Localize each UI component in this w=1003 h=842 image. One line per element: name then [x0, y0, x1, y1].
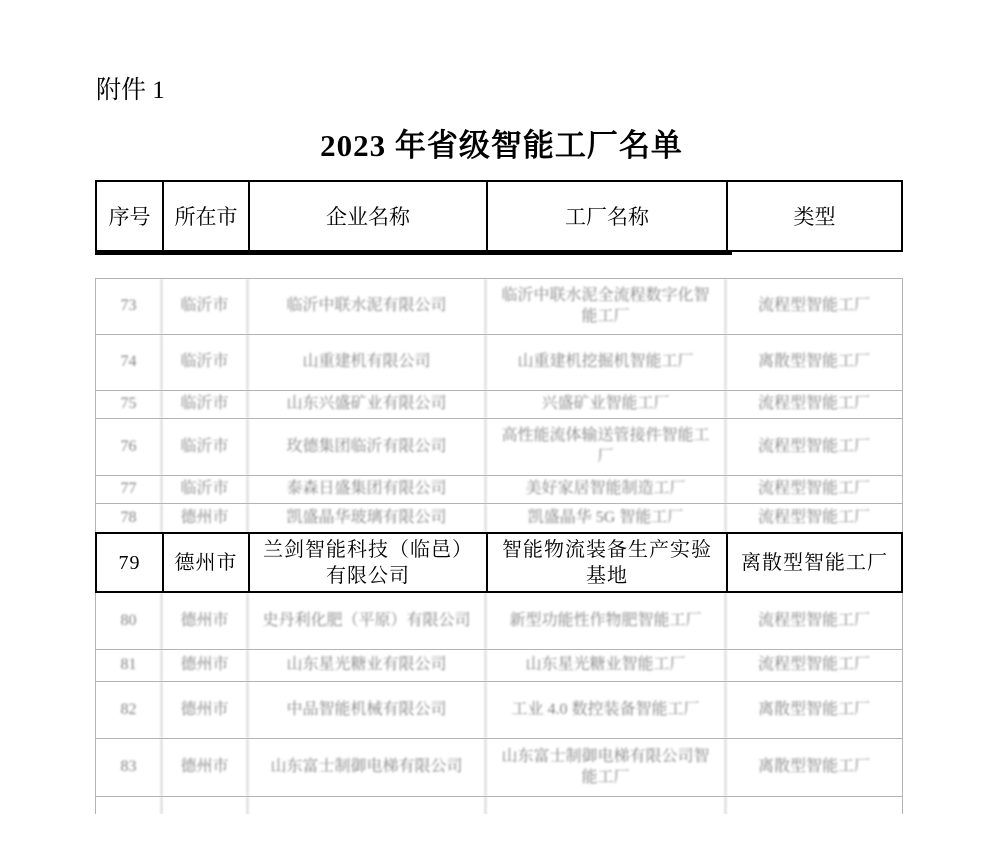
cell-factory: 新型功能性作物肥智能工厂 [485, 593, 725, 649]
cell-company: 山东星光糖业有限公司 [247, 650, 485, 681]
cell-city: 德州市 [161, 504, 247, 532]
cell-factory: 美好家居智能制造工厂 [485, 476, 725, 503]
cell-city: 德州市 [161, 739, 247, 796]
cell-type: 流程型智能工厂 [725, 391, 902, 418]
cell-no: 76 [96, 419, 161, 475]
table-header: 序号 所在市 企业名称 工厂名称 类型 [95, 180, 903, 252]
table-row: 82 德州市 中品智能机械有限公司 工业 4.0 数控装备智能工厂 离散型智能工… [95, 682, 903, 739]
cell-type: 流程型智能工厂 [725, 593, 902, 649]
cell-no: 81 [96, 650, 161, 681]
table-row: 83 德州市 山东富士制御电梯有限公司 山东富士制御电梯有限公司智能工厂 离散型… [95, 739, 903, 797]
cell-factory: 山东富士制御电梯有限公司智能工厂 [485, 739, 725, 796]
cell-no: 80 [96, 593, 161, 649]
column-header-city: 所在市 [162, 182, 248, 250]
table-row: 80 德州市 史丹利化肥（平原）有限公司 新型功能性作物肥智能工厂 流程型智能工… [95, 593, 903, 650]
cell-company: 泰森日盛集团有限公司 [247, 476, 485, 503]
cell-no: 83 [96, 739, 161, 796]
cell-no: 82 [96, 682, 161, 738]
attachment-label: 附件 1 [96, 70, 165, 106]
cell-no: 79 [97, 534, 162, 591]
cell-company: 山重建机有限公司 [247, 335, 485, 390]
cell-no: 78 [96, 504, 161, 532]
cell-city: 临沂市 [161, 391, 247, 418]
cell-no: 74 [96, 335, 161, 390]
cell-city: 德州市 [161, 682, 247, 738]
column-header-factory: 工厂名称 [486, 182, 726, 250]
column-header-type: 类型 [726, 182, 901, 250]
cell-no: 77 [96, 476, 161, 503]
table-body: 73 临沂市 临沂中联水泥有限公司 临沂中联水泥全流程数字化智能工厂 流程型智能… [95, 278, 903, 814]
cell-company: 玫德集团临沂有限公司 [247, 419, 485, 475]
cell-type: 离散型智能工厂 [726, 534, 901, 591]
table-row: 79 德州市 兰剑智能科技（临邑）有限公司 智能物流装备生产实验基地 离散型智能… [95, 532, 903, 593]
page-title: 2023 年省级智能工厂名单 [0, 120, 1003, 165]
cell-city: 临沂市 [161, 279, 247, 334]
table-row: 76 临沂市 玫德集团临沂有限公司 高性能流体输送管接件智能工厂 流程型智能工厂 [95, 419, 903, 476]
cell-city: 德州市 [162, 534, 248, 591]
table-row: 81 德州市 山东星光糖业有限公司 山东星光糖业智能工厂 流程型智能工厂 [95, 650, 903, 682]
cell-type: 离散型智能工厂 [725, 335, 902, 390]
cell-city [161, 797, 247, 814]
cell-no: 75 [96, 391, 161, 418]
table-row: 75 临沂市 山东兴盛矿业有限公司 兴盛矿业智能工厂 流程型智能工厂 [95, 391, 903, 419]
table-row: 74 临沂市 山重建机有限公司 山重建机挖掘机智能工厂 离散型智能工厂 [95, 335, 903, 391]
cell-type: 离散型智能工厂 [725, 739, 902, 796]
cell-city: 临沂市 [161, 419, 247, 475]
cell-company: 临沂中联水泥有限公司 [247, 279, 485, 334]
cell-city: 临沂市 [161, 335, 247, 390]
cell-city: 德州市 [161, 650, 247, 681]
cell-type: 流程型智能工厂 [725, 419, 902, 475]
cell-type [725, 797, 902, 814]
header-bottom-rule [95, 251, 732, 255]
cell-factory: 兴盛矿业智能工厂 [485, 391, 725, 418]
cell-type: 流程型智能工厂 [725, 279, 902, 334]
cell-factory: 工业 4.0 数控装备智能工厂 [485, 682, 725, 738]
cell-factory: 山东星光糖业智能工厂 [485, 650, 725, 681]
cell-city: 德州市 [161, 593, 247, 649]
cell-company: 兰剑智能科技（临邑）有限公司 [248, 534, 486, 591]
cell-type: 流程型智能工厂 [725, 504, 902, 532]
cell-type: 离散型智能工厂 [725, 682, 902, 738]
cell-factory: 临沂中联水泥全流程数字化智能工厂 [485, 279, 725, 334]
cell-no [96, 797, 161, 814]
column-header-company: 企业名称 [248, 182, 486, 250]
table-row: 78 德州市 凯盛晶华玻璃有限公司 凯盛晶华 5G 智能工厂 流程型智能工厂 [95, 504, 903, 533]
cell-factory: 凯盛晶华 5G 智能工厂 [485, 504, 725, 532]
table-row: 77 临沂市 泰森日盛集团有限公司 美好家居智能制造工厂 流程型智能工厂 [95, 476, 903, 504]
table-row: 73 临沂市 临沂中联水泥有限公司 临沂中联水泥全流程数字化智能工厂 流程型智能… [95, 278, 903, 335]
cell-company: 山东兴盛矿业有限公司 [247, 391, 485, 418]
table-row [95, 797, 903, 814]
cell-type: 流程型智能工厂 [725, 476, 902, 503]
cell-company: 史丹利化肥（平原）有限公司 [247, 593, 485, 649]
cell-factory: 山重建机挖掘机智能工厂 [485, 335, 725, 390]
cell-factory [485, 797, 725, 814]
cell-factory: 智能物流装备生产实验基地 [486, 534, 726, 591]
cell-company: 凯盛晶华玻璃有限公司 [247, 504, 485, 532]
cell-city: 临沂市 [161, 476, 247, 503]
document-page: 附件 1 2023 年省级智能工厂名单 序号 所在市 企业名称 工厂名称 类型 … [0, 0, 1003, 842]
cell-type: 流程型智能工厂 [725, 650, 902, 681]
cell-company: 山东富士制御电梯有限公司 [247, 739, 485, 796]
column-header-no: 序号 [97, 182, 162, 250]
cell-no: 73 [96, 279, 161, 334]
cell-company [247, 797, 485, 814]
cell-company: 中品智能机械有限公司 [247, 682, 485, 738]
cell-factory: 高性能流体输送管接件智能工厂 [485, 419, 725, 475]
